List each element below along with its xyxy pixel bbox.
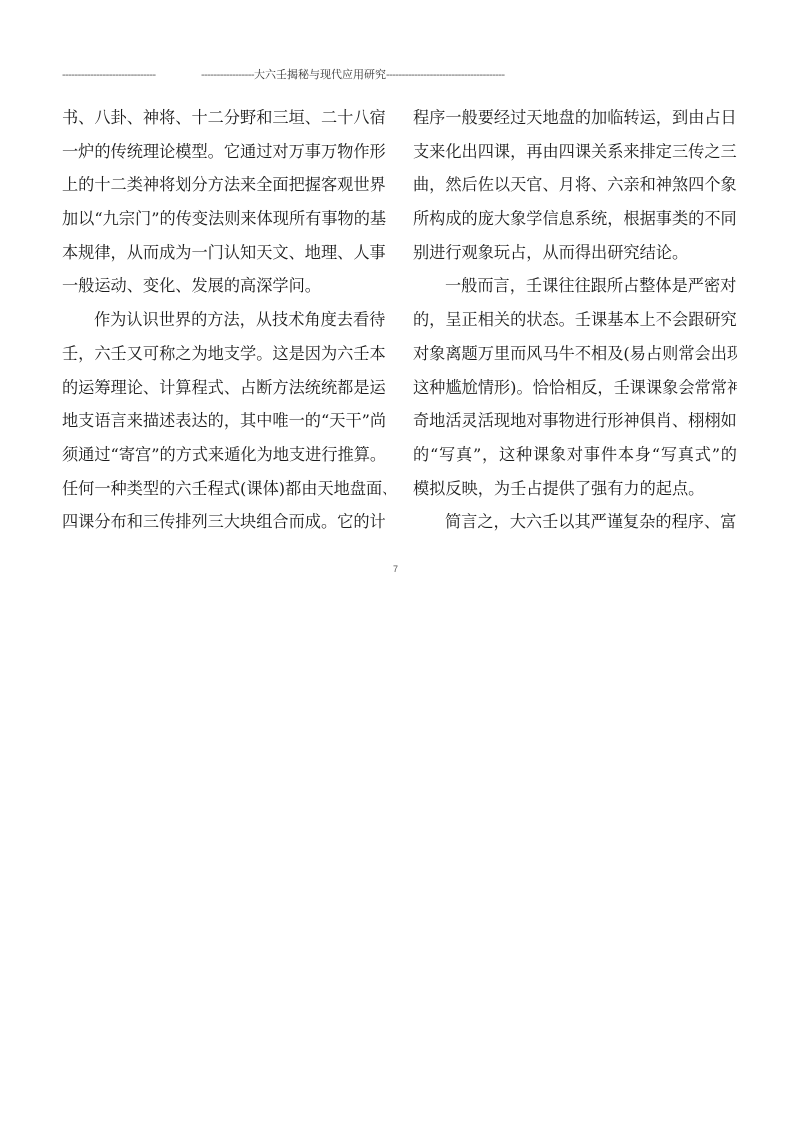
text-line: 曲，然后佐以天官、月将、六亲和神煞四个象系 — [413, 168, 737, 202]
text-line: 对象离题万里而风马牛不相及(易占则常会出现 — [413, 337, 737, 371]
header-title-text: 大六壬揭秘与现代应用研究 — [254, 68, 386, 81]
text-line: 本规律，从而成为一门认知天文、地理、人事之 — [62, 236, 386, 270]
text-line: 四课分布和三传排列三大块组合而成。它的计算 — [62, 505, 386, 539]
right-text-column: 程序一般要经过天地盘的加临转运，到由占日干支来化出四课，再由四课关系来排定三传之… — [413, 101, 737, 539]
text-line: 的，呈正相关的状态。壬课基本上不会跟研究的 — [413, 303, 737, 337]
left-text-column: 书、八卦、神将、十二分野和三垣、二十八宿于一炉的传统理论模型。它通过对万事万物作… — [62, 101, 386, 539]
text-line: 加以“九宗门”的传变法则来体现所有事物的基 — [62, 202, 386, 236]
text-line: 一般运动、变化、发展的高深学问。 — [62, 269, 386, 303]
page-header: ------------------------------ ---------… — [0, 67, 793, 83]
page-number: 7 — [393, 564, 398, 574]
text-line: 模拟反映，为壬占提供了强有力的起点。 — [413, 472, 737, 506]
text-line: 奇地活灵活现地对事物进行形神俱肖、栩栩如生 — [413, 404, 737, 438]
text-line: 这种尴尬情形)。恰恰相反，壬课课象会常常神 — [413, 371, 737, 405]
header-title-prefix-rule: ----------------- — [201, 68, 254, 81]
text-line: 书、八卦、神将、十二分野和三垣、二十八宿于 — [62, 101, 386, 135]
text-line: 所构成的庞大象学信息系统，根据事类的不同分 — [413, 202, 737, 236]
text-line: 壬，六壬又可称之为地支学。这是因为六壬本身 — [62, 337, 386, 371]
header-left-rule: ------------------------------ — [62, 67, 156, 83]
text-line: 支来化出四课，再由四课关系来排定三传之三步 — [413, 135, 737, 169]
text-line: 须通过“寄宫”的方式来遁化为地支进行推算。 — [62, 438, 386, 472]
text-line: 程序一般要经过天地盘的加临转运，到由占日干 — [413, 101, 737, 135]
text-line: 一炉的传统理论模型。它通过对万事万物作形而 — [62, 135, 386, 169]
text-line: 一般而言，壬课往往跟所占整体是严密对应 — [413, 269, 737, 303]
text-line: 简言之，大六壬以其严谨复杂的程序、富于 — [413, 505, 737, 539]
running-title: -----------------大六壬揭秘与现代应用研究-----------… — [201, 67, 504, 83]
text-line: 的运筹理论、计算程式、占断方法统统都是运用 — [62, 371, 386, 405]
text-line: 上的十二类神将划分方法来全面把握客观世界， — [62, 168, 386, 202]
text-line: 地支语言来描述表达的，其中唯一的“天干”尚 — [62, 404, 386, 438]
text-line: 的“写真”，这种课象对事件本身“写真式”的 — [413, 438, 737, 472]
text-line: 作为认识世界的方法，从技术角度去看待六 — [62, 303, 386, 337]
text-line: 别进行观象玩占，从而得出研究结论。 — [413, 236, 737, 270]
header-title-suffix-rule: -------------------------------------- — [386, 68, 504, 81]
text-line: 任何一种类型的六壬程式(课体)都由天地盘面、 — [62, 472, 386, 506]
